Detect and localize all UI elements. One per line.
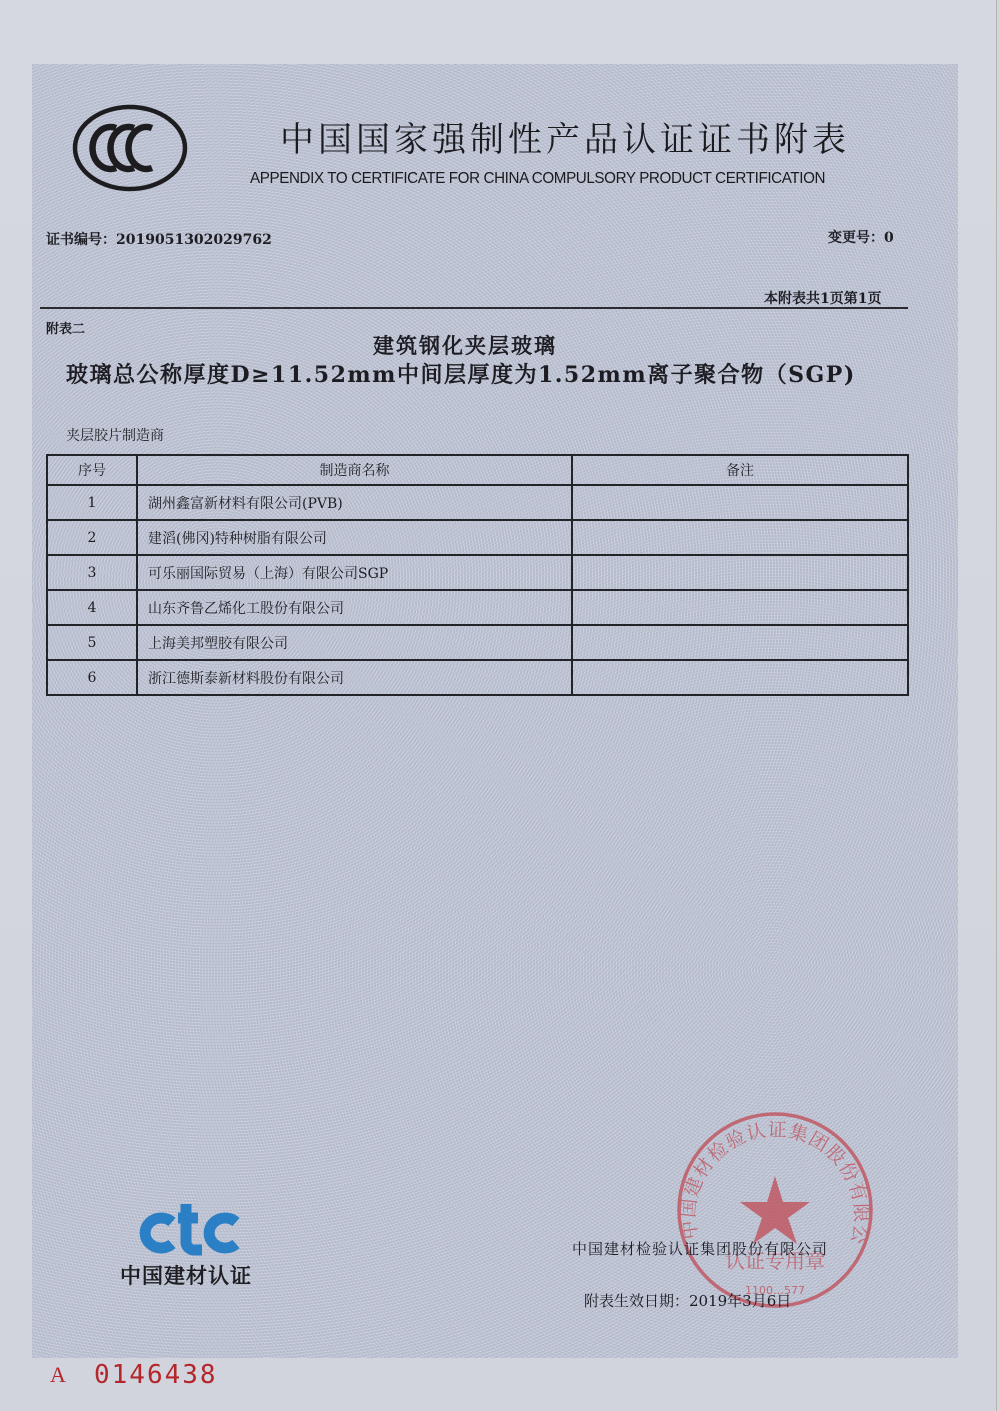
serial-number: 0146438 bbox=[94, 1360, 218, 1390]
table-row: 4 山东齐鲁乙烯化工股份有限公司 bbox=[47, 590, 908, 625]
row-manufacturer: 可乐丽国际贸易（上海）有限公司SGP bbox=[137, 555, 572, 590]
row-manufacturer: 上海美邦塑胶有限公司 bbox=[137, 625, 572, 660]
column-header-remark: 备注 bbox=[572, 455, 908, 485]
serial-prefix: A bbox=[50, 1362, 66, 1388]
ccc-mark-icon bbox=[72, 104, 188, 192]
row-no: 6 bbox=[47, 660, 137, 695]
row-remark bbox=[572, 625, 908, 660]
table-row: 1 湖州鑫富新材料有限公司(PVB) bbox=[47, 485, 908, 520]
table-row: 3 可乐丽国际贸易（上海）有限公司SGP bbox=[47, 555, 908, 590]
row-remark bbox=[572, 520, 908, 555]
row-remark bbox=[572, 485, 908, 520]
column-header-no: 序号 bbox=[47, 455, 137, 485]
issuer-name: 中国建材检验认证集团股份有限公司 bbox=[572, 1238, 828, 1259]
row-manufacturer: 建滔(佛冈)特种树脂有限公司 bbox=[137, 520, 572, 555]
row-remark bbox=[572, 555, 908, 590]
row-no: 1 bbox=[47, 485, 137, 520]
row-remark bbox=[572, 590, 908, 625]
certificate-number: 证书编号：2019051302029762 bbox=[46, 229, 272, 249]
page-count: 本附表共1页第1页 bbox=[764, 288, 881, 308]
official-seal-icon: 中国建材检验认证集团股份有限公司 认证专用章 1100…577 bbox=[670, 1108, 880, 1318]
row-no: 3 bbox=[47, 555, 137, 590]
table-row: 6 浙江德斯泰新材料股份有限公司 bbox=[47, 660, 908, 695]
brand-name: 中国建材认证 bbox=[120, 1260, 252, 1290]
table-row: 5 上海美邦塑胶有限公司 bbox=[47, 625, 908, 660]
product-name: 建筑钢化夹层玻璃 bbox=[0, 330, 930, 360]
ctc-logo-icon bbox=[136, 1200, 248, 1256]
row-manufacturer: 山东齐鲁乙烯化工股份有限公司 bbox=[137, 590, 572, 625]
change-number: 变更号：0 bbox=[828, 227, 894, 247]
row-no: 5 bbox=[47, 625, 137, 660]
effective-date: 附表生效日期：2019年3月6日 bbox=[584, 1290, 791, 1311]
divider bbox=[40, 307, 908, 309]
row-remark bbox=[572, 660, 908, 695]
row-manufacturer: 浙江德斯泰新材料股份有限公司 bbox=[137, 660, 572, 695]
table-row: 2 建滔(佛冈)特种树脂有限公司 bbox=[47, 520, 908, 555]
column-header-name: 制造商名称 bbox=[137, 455, 572, 485]
row-manufacturer: 湖州鑫富新材料有限公司(PVB) bbox=[137, 485, 572, 520]
row-no: 4 bbox=[47, 590, 137, 625]
row-no: 2 bbox=[47, 520, 137, 555]
document-title-cn: 中国国家强制性产品认证证书附表 bbox=[280, 112, 850, 161]
product-spec: 玻璃总公称厚度D≥11.52mm中间层厚度为1.52mm离子聚合物（SGP) bbox=[66, 358, 856, 389]
table-header-row: 序号 制造商名称 备注 bbox=[47, 455, 908, 485]
document-title-en: APPENDIX TO CERTIFICATE FOR CHINA COMPUL… bbox=[250, 170, 825, 188]
section-label: 夹层胶片制造商 bbox=[66, 425, 164, 445]
manufacturer-table: 序号 制造商名称 备注 1 湖州鑫富新材料有限公司(PVB) 2 建滔(佛冈)特… bbox=[46, 454, 909, 696]
